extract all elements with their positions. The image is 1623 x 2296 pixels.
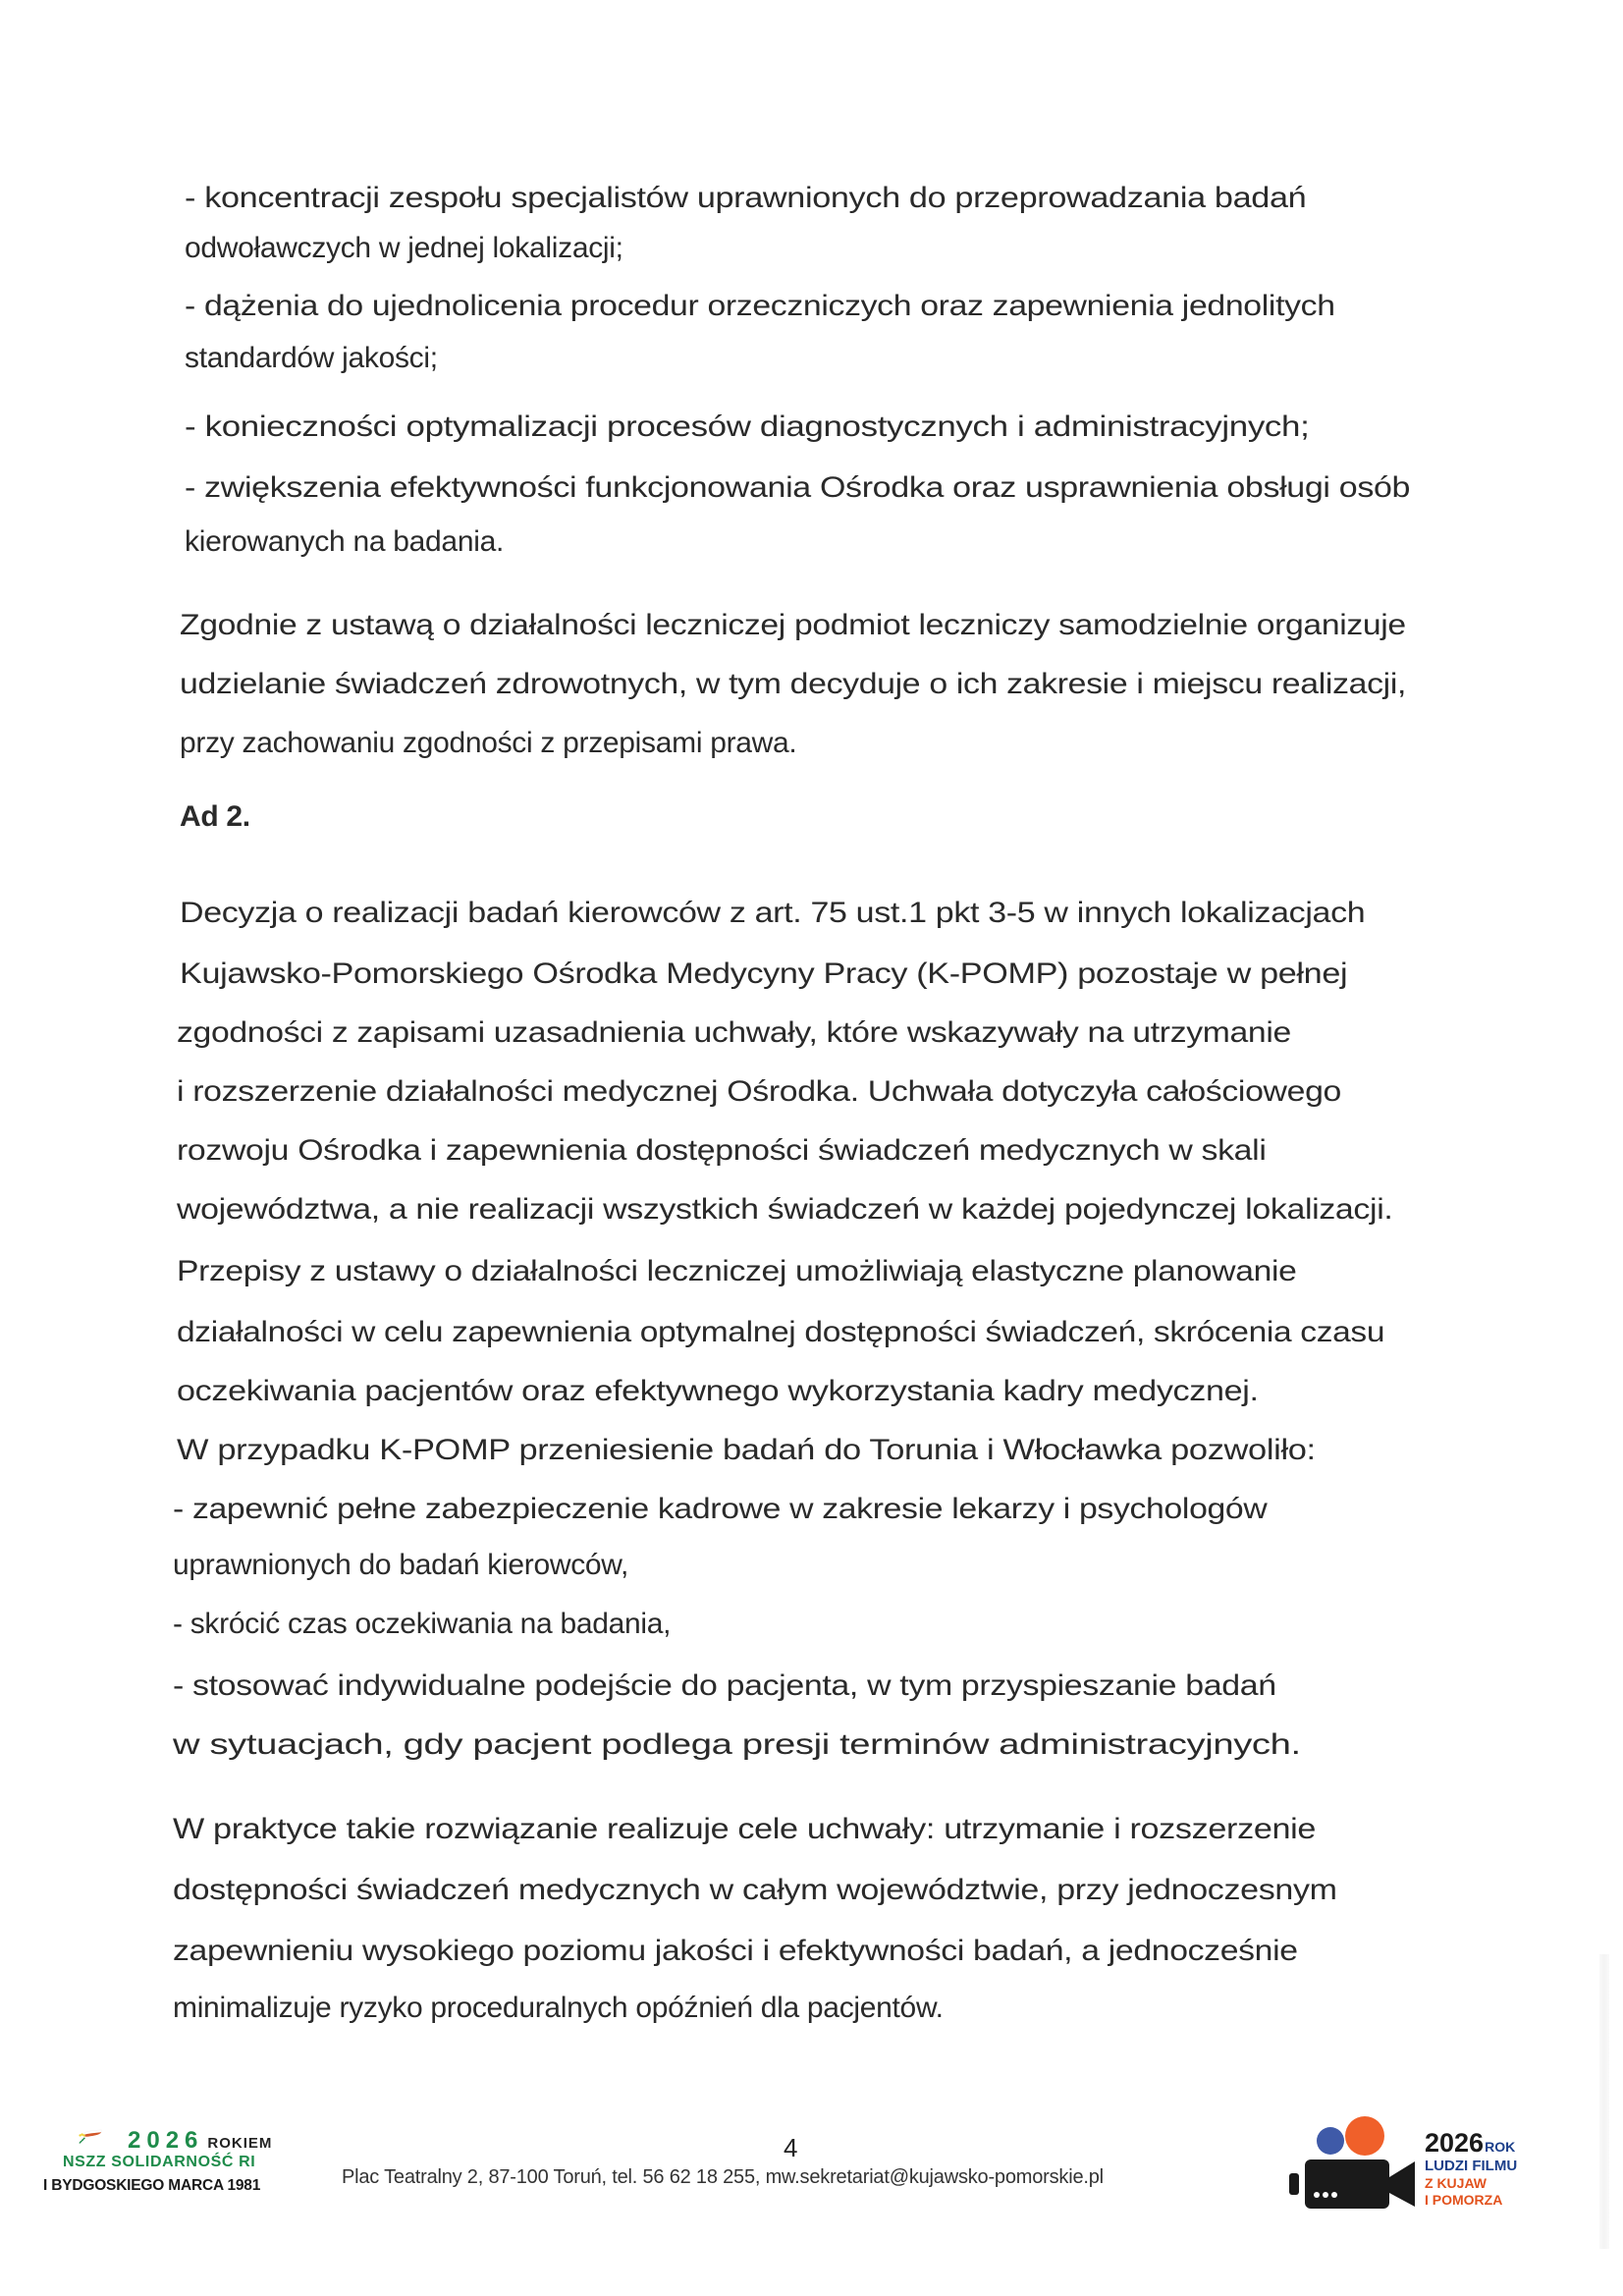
page-number: 4 [784, 2133, 797, 2163]
text-line: W praktyce takie rozwiązanie realizuje c… [173, 1813, 1316, 1846]
logo-left-line3: I BYDGOSKIEGO MARCA 1981 [43, 2177, 260, 2195]
logo-right-line4: I POMORZA [1425, 2192, 1502, 2208]
section-heading: Ad 2. [180, 800, 250, 834]
text-line: działalności w celu zapewnienia optymaln… [177, 1316, 1384, 1349]
text-line: oczekiwania pacjentów oraz efektywnego w… [177, 1375, 1259, 1408]
text-line: minimalizuje ryzyko proceduralnych opóźn… [173, 1992, 944, 2025]
text-line: zapewnieniu wysokiego poziomu jakości i … [173, 1935, 1298, 1968]
logo-right-line3: Z KUJAW [1425, 2175, 1487, 2191]
text-line: dostępności świadczeń medycznych w całym… [173, 1874, 1337, 1907]
text-line: odwoławczych w jednej lokalizacji; [185, 232, 623, 265]
text-line: Kujawsko-Pomorskiego Ośrodka Medycyny Pr… [180, 957, 1347, 991]
text-line: uprawnionych do badań kierowców, [173, 1549, 628, 1582]
text-line: W przypadku K-POMP przeniesienie badań d… [177, 1434, 1316, 1467]
logo-right-line2: LUDZI FILMU [1425, 2158, 1517, 2174]
text-line: rozwoju Ośrodka i zapewnienia dostępnośc… [177, 1134, 1267, 1168]
text-line: - stosować indywidualne podejście do pac… [173, 1669, 1276, 1703]
text-line: województwa, a nie realizacji wszystkich… [177, 1193, 1392, 1227]
document-page: - koncentracji zespołu specjalistów upra… [0, 0, 1623, 2296]
logo-left-line2: NSZZ SOLIDARNOŚĆ RI [63, 2154, 255, 2171]
text-line: zgodności z zapisami uzasadnienia uchwał… [177, 1016, 1291, 1050]
text-line: - konieczności optymalizacji procesów di… [185, 410, 1309, 444]
logo-left-rokiem: ROKIEM [207, 2135, 272, 2152]
logo-left-year: 2026 [128, 2127, 203, 2154]
text-line: - dążenia do ujednolicenia procedur orze… [185, 290, 1335, 323]
text-line: Decyzja o realizacji badań kierowców z a… [180, 897, 1365, 930]
logo-right-rok: ROK [1485, 2139, 1515, 2155]
text-line: Zgodnie z ustawą o działalności lecznicz… [180, 609, 1406, 642]
logo-left-line1: 2026ROKIEM [128, 2127, 272, 2155]
text-line: w sytuacjach, gdy pacjent podlega presji… [173, 1728, 1301, 1762]
text-line: i rozszerzenie działalności medycznej Oś… [177, 1075, 1341, 1109]
text-line: - zwiększenia efektywności funkcjonowani… [185, 471, 1410, 505]
rok-ludzi-filmu-logo: 2026ROK LUDZI FILMU Z KUJAW I POMORZA [1281, 2116, 1556, 2214]
footer-address: Plac Teatralny 2, 87-100 Toruń, tel. 56 … [342, 2166, 1104, 2189]
text-line: udzielanie świadczeń zdrowotnych, w tym … [180, 668, 1406, 701]
text-line: - koncentracji zespołu specjalistów upra… [185, 182, 1306, 215]
scan-edge-shadow [1599, 1954, 1609, 2249]
text-line: - skrócić czas oczekiwania na badania, [173, 1608, 671, 1641]
text-line: - zapewnić pełne zabezpieczenie kadrowe … [173, 1493, 1267, 1526]
text-line: przy zachowaniu zgodności z przepisami p… [180, 727, 796, 760]
text-line: Przepisy z ustawy o działalności lecznic… [177, 1255, 1296, 1288]
logo-right-line1: 2026ROK [1425, 2128, 1515, 2159]
solidarnosc-2026-logo: 2026ROKIEM NSZZ SOLIDARNOŚĆ RI I BYDGOSK… [39, 2127, 304, 2206]
text-line: kierowanych na badania. [185, 525, 504, 559]
film-camera-icon [1281, 2116, 1424, 2214]
text-line: standardów jakości; [185, 342, 438, 375]
logo-right-year: 2026 [1425, 2128, 1484, 2158]
flag-wheat-icon [61, 2129, 120, 2145]
